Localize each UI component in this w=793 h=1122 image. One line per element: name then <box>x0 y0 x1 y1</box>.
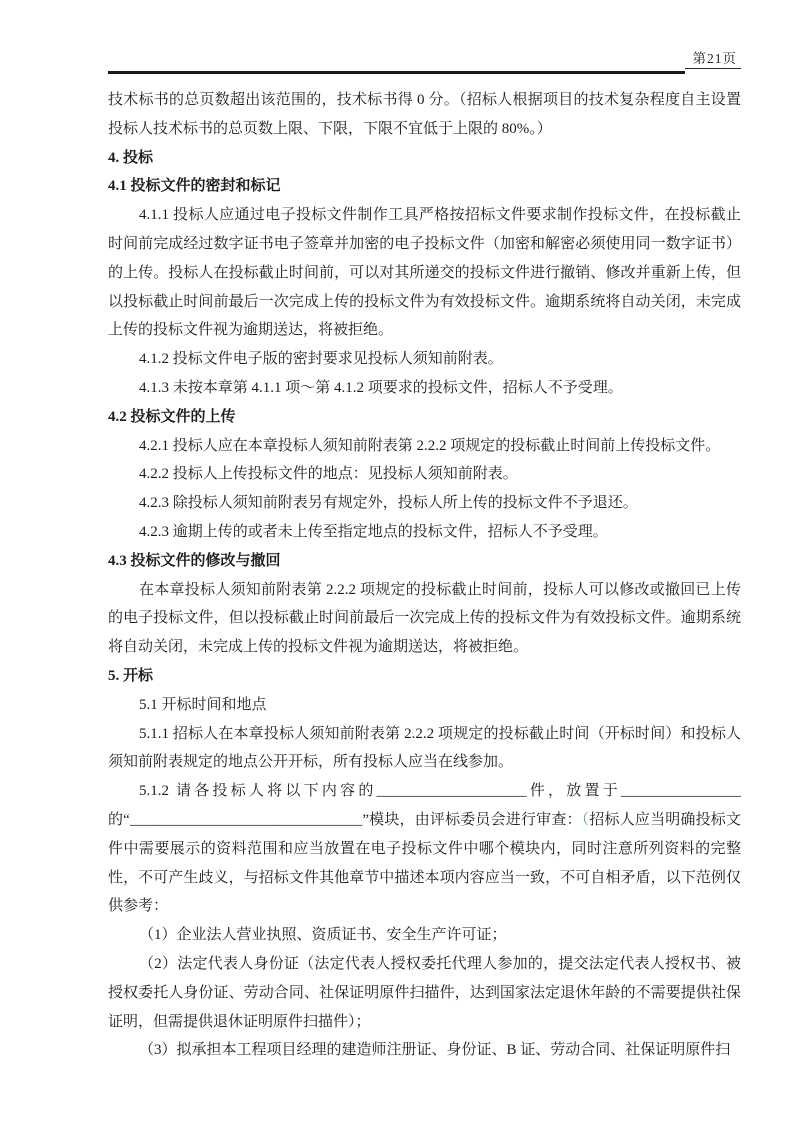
heading-4-1-sealing-marking: 4.1 投标文件的密封和标记 <box>108 172 741 201</box>
para-clause-4-2-3-return: 4.2.3 除投标人须知前附表另有规定外，投标人所上传的投标文件不予退还。 <box>108 489 741 518</box>
clause-5-1-2-lead: 5.1.2 请各投标人将以下内容的 <box>139 783 377 799</box>
para-example-item-1: （1）企业法人营业执照、资质证书、安全生产许可证； <box>108 921 741 950</box>
para-clause-4-1-1: 4.1.1 投标人应通过电子投标文件制作工具严格按招标文件要求制作投标文件，在投… <box>108 201 741 345</box>
page-number: 第21页 <box>685 50 742 69</box>
para-clause-4-1-3: 4.1.3 未按本章第 4.1.1 项～第 4.1.2 项要求的投标文件，招标人… <box>108 374 741 403</box>
para-example-item-3: （3）拟承担本工程项目经理的建造师注册证、身份证、B 证、劳动合同、社保证明原件… <box>108 1036 741 1065</box>
heading-section-4-bidding: 4. 投标 <box>108 144 741 173</box>
para-tech-score-note: 技术标书的总页数超出该范围的，技术标书得 0 分。（招标人根据项目的技术复杂程度… <box>108 86 741 144</box>
clause-5-1-2-mid2: 的“ <box>108 812 130 828</box>
document-page: 第21页 技术标书的总页数超出该范围的，技术标书得 0 分。（招标人根据项目的技… <box>0 0 793 1122</box>
para-clause-5-1-1: 5.1.1 招标人在本章投标人须知前附表第 2.2.2 项规定的投标截止时间（开… <box>108 720 741 778</box>
heading-4-2-upload: 4.2 投标文件的上传 <box>108 403 741 432</box>
para-clause-4-2-3-late: 4.2.3 逾期上传的或者未上传至指定地点的投标文件，招标人不予受理。 <box>108 518 741 547</box>
para-clause-5-1-title: 5.1 开标时间和地点 <box>108 691 741 720</box>
clause-5-1-2-mid1: 件，放置于 <box>527 783 621 799</box>
para-clause-4-1-2: 4.1.2 投标文件电子版的密封要求见投标人须知前附表。 <box>108 345 741 374</box>
para-example-item-2: （2）法定代表人身份证（法定代表人授权委托代理人参加的，提交法定代表人授权书、被… <box>108 950 741 1036</box>
fill-in-blank-copies: ____________________ <box>377 783 527 799</box>
para-clause-4-2-2: 4.2.2 投标人上传投标文件的地点：见投标人须知前附表。 <box>108 460 741 489</box>
fill-in-blank-location: ________________ <box>621 783 741 799</box>
page-header: 第21页 <box>108 42 741 74</box>
heading-section-5-bid-opening: 5. 开标 <box>108 662 741 691</box>
para-clause-5-1-2: 5.1.2 请各投标人将以下内容的____________________件，放… <box>108 777 741 921</box>
para-clause-4-3-body: 在本章投标人须知前附表第 2.2.2 项规定的投标截止时间前，投标人可以修改或撤… <box>108 576 741 662</box>
document-body: 技术标书的总页数超出该范围的，技术标书得 0 分。（招标人根据项目的技术复杂程度… <box>108 86 741 1065</box>
header-rule <box>108 71 685 74</box>
heading-4-3-modify-withdraw: 4.3 投标文件的修改与撤回 <box>108 547 741 576</box>
para-clause-4-2-1: 4.2.1 投标人应在本章投标人须知前附表第 2.2.2 项规定的投标截止时间前… <box>108 432 741 461</box>
fill-in-blank-module: _______________________________ <box>130 812 363 828</box>
clause-5-1-2-mid3: ”模块，由评标委员会进行审查： <box>362 812 581 828</box>
